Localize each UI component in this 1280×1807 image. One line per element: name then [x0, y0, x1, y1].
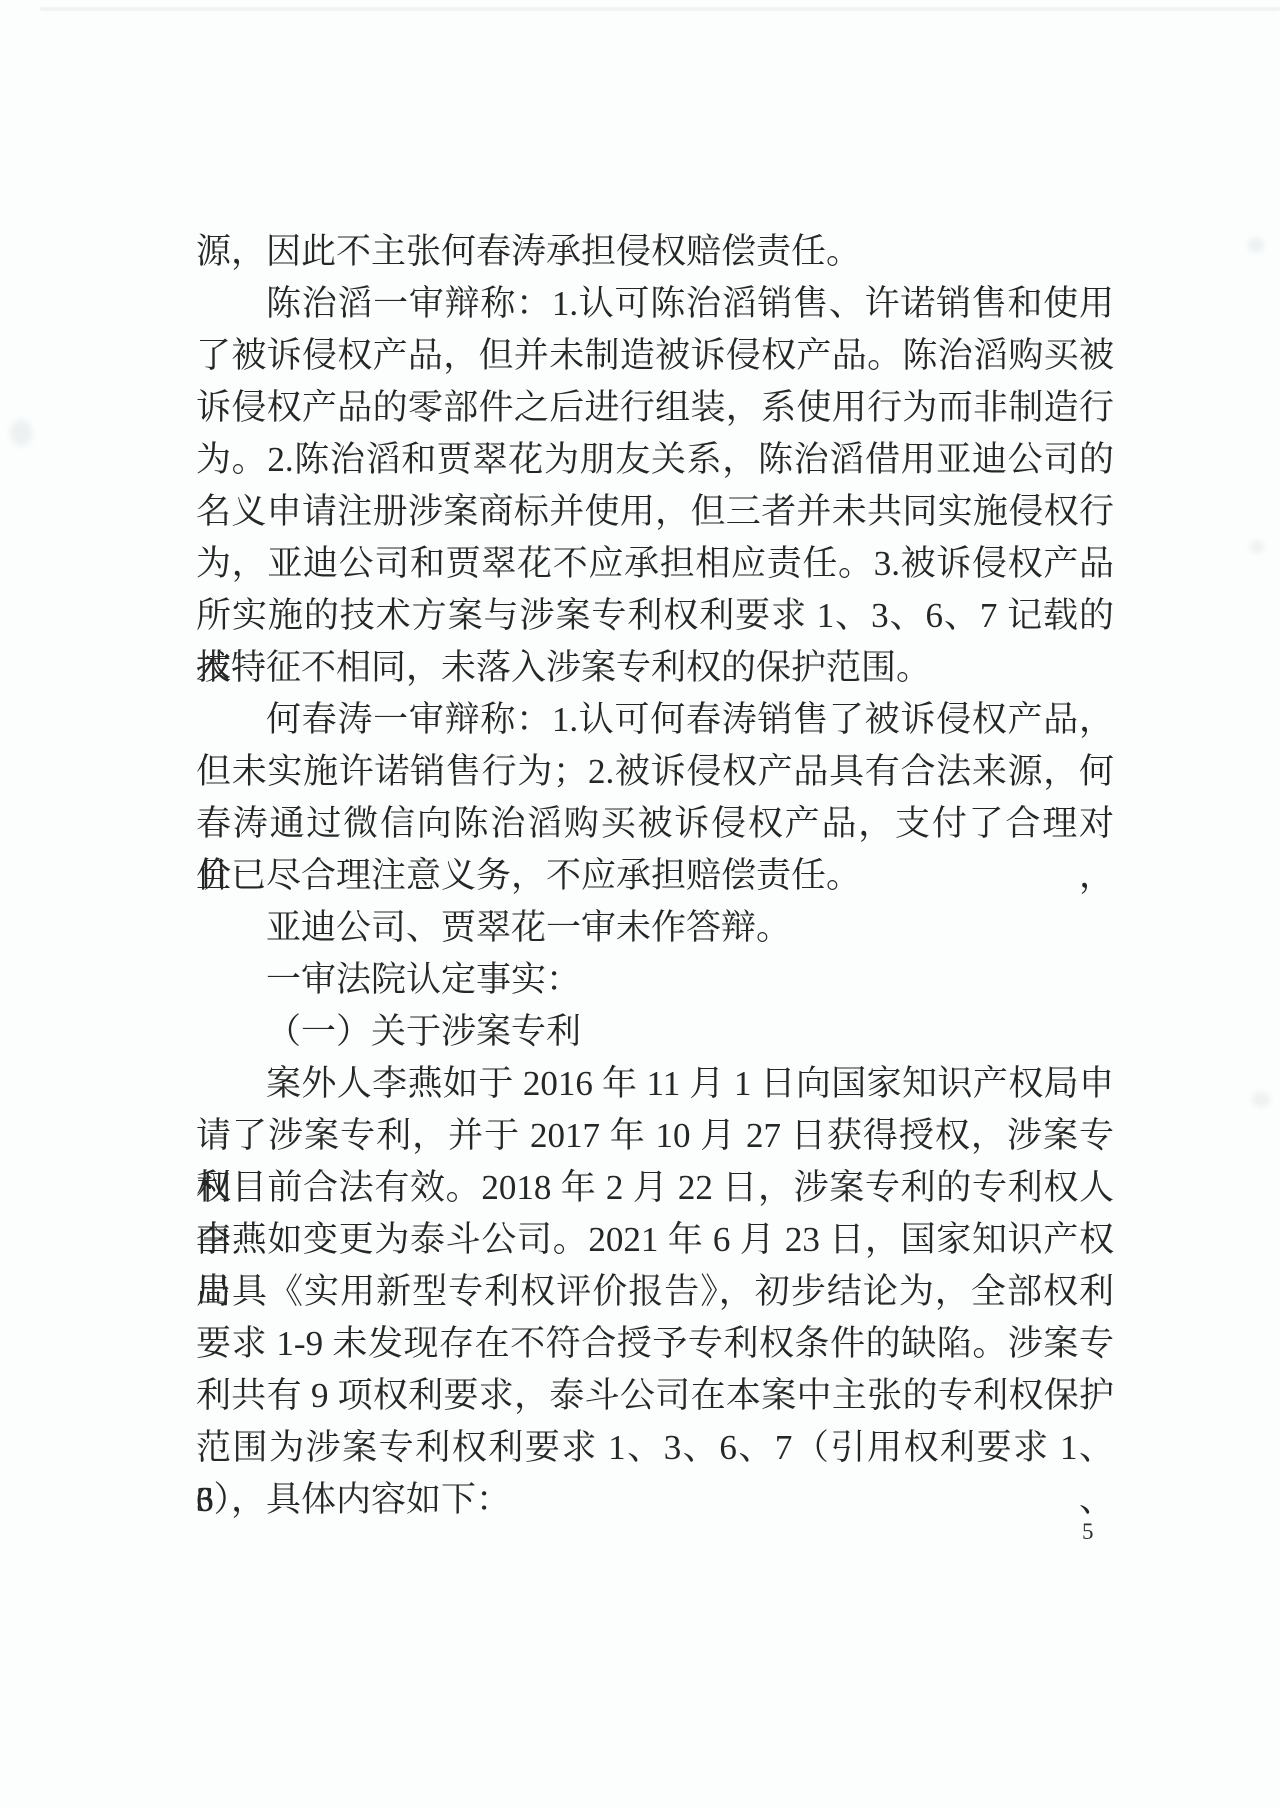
text-line: 李燕如变更为泰斗公司。2021 年 6 月 23 日，国家知识产权局 [196, 1214, 1114, 1266]
scan-artifact [1248, 238, 1264, 252]
document-text-block: 源，因此不主张何春涛承担侵权赔偿责任。陈治滔一审辩称：1.认可陈治滔销售、许诺销… [196, 226, 1114, 1526]
document-page: 源，因此不主张何春涛承担侵权赔偿责任。陈治滔一审辩称：1.认可陈治滔销售、许诺销… [0, 0, 1280, 1807]
text-line: 权目前合法有效。2018 年 2 月 22 日，涉案专利的专利权人由 [196, 1162, 1114, 1214]
text-line: 诉侵权产品的零部件之后进行组装，系使用行为而非制造行 [196, 382, 1114, 434]
text-line: 为，亚迪公司和贾翠花不应承担相应责任。3.被诉侵权产品 [196, 538, 1114, 590]
text-line: 请了涉案专利，并于 2017 年 10 月 27 日获得授权，涉案专利 [196, 1110, 1114, 1162]
text-line: 春涛通过微信向陈治滔购买被诉侵权产品，支付了合理对价， [196, 798, 1114, 850]
text-line: 但未实施许诺销售行为；2.被诉侵权产品具有合法来源，何 [196, 746, 1114, 798]
text-line: 要求 1-9 未发现存在不符合授予专利权条件的缺陷。涉案专 [196, 1318, 1114, 1370]
scan-artifact [1252, 1092, 1270, 1107]
text-line: 源，因此不主张何春涛承担侵权赔偿责任。 [196, 226, 1114, 278]
scan-artifact [1250, 541, 1264, 553]
text-line: 了被诉侵权产品，但并未制造被诉侵权产品。陈治滔购买被 [196, 330, 1114, 382]
text-line: 范围为涉案专利权利要求 1、3、6、7（引用权利要求 1、3、 [196, 1422, 1114, 1474]
text-line: 亚迪公司、贾翠花一审未作答辩。 [196, 902, 1114, 954]
text-line: （一）关于涉案专利 [196, 1006, 1114, 1058]
page-number: 5 [1082, 1518, 1094, 1546]
text-line: 名义申请注册涉案商标并使用，但三者并未共同实施侵权行 [196, 486, 1114, 538]
text-line: 利共有 9 项权利要求，泰斗公司在本案中主张的专利权保护 [196, 1370, 1114, 1422]
text-line: 为。2.陈治滔和贾翠花为朋友关系，陈治滔借用亚迪公司的 [196, 434, 1114, 486]
text-line: 所实施的技术方案与涉案专利权利要求 1、3、6、7 记载的技 [196, 590, 1114, 642]
text-line: 陈治滔一审辩称：1.认可陈治滔销售、许诺销售和使用 [196, 278, 1114, 330]
scan-edge-line [40, 8, 1280, 10]
text-line: 案外人李燕如于 2016 年 11 月 1 日向国家知识产权局申 [196, 1058, 1114, 1110]
text-line: 一审法院认定事实： [196, 954, 1114, 1006]
text-line: 出具《实用新型专利权评价报告》，初步结论为，全部权利 [196, 1266, 1114, 1318]
scan-artifact [10, 420, 32, 446]
text-line: 术特征不相同，未落入涉案专利权的保护范围。 [196, 642, 1114, 694]
text-line: 何春涛一审辩称：1.认可何春涛销售了被诉侵权产品， [196, 694, 1114, 746]
